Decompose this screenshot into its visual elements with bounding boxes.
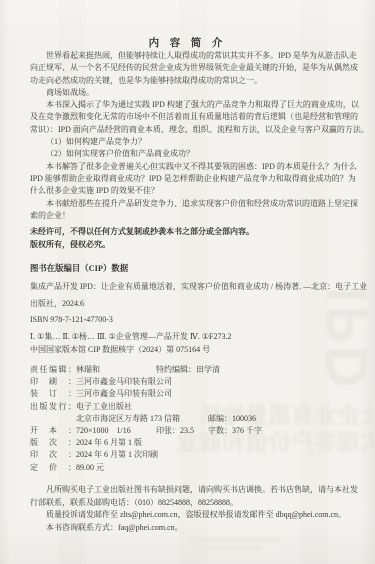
colophon-row: 装订：三河市鑫金马印装有限公司 (30, 388, 352, 400)
colophon-label: 开本： (30, 425, 76, 437)
colophon-label: 印刷： (30, 376, 76, 388)
book-copyright-page: IPD 让企业有质量地活 实现客户价值和商业 内 容 简 介 世界看起来挺热闹，… (0, 0, 375, 564)
colophon-row: 开本：720×1000 1/16印张：23.5字数：376 千字 (30, 425, 352, 437)
colophon-row: 责任编辑：林瑞和特约编辑：田学清 (30, 364, 352, 376)
colophon-row: 出版发行：电子工业出版社 (30, 401, 352, 413)
colophon-value: 三河市鑫金马印装有限公司 (76, 389, 172, 398)
colophon-row: 版次：2024 年 6 月第 1 版 (30, 437, 352, 449)
colophon-row: 北京市海淀区万寿路 173 信箱邮编：100036 (30, 413, 352, 425)
content-summary-line: 功走向必然成功的关键，也是华为能够持续取得成功的常识之一。 (30, 75, 350, 87)
colophon-extra: 邮编：100036 (208, 413, 256, 425)
cip-line: 中国国家版本馆 CIP 数据核字（2024）第 075164 号 (30, 343, 352, 356)
colophon-label: 定价： (30, 462, 76, 474)
contact-footer-line: 质量投诉请发邮件至 zlts@phei.com.cn，盗版侵权举报请发邮件至 d… (30, 509, 352, 522)
colophon-label: 责任编辑： (30, 364, 76, 376)
colophon-row: 印次：2024 年 6 月第 1 次印刷 (30, 449, 352, 461)
colophon-label: 印次： (30, 449, 76, 461)
content-summary-line: （2）如何实现客户价值和产品商业成功？ (30, 148, 350, 160)
content-summary-line: 什么很多企业实施 IPD 的效果不佳？ (30, 185, 350, 197)
content-summary-line: （1）如何构建产品竞争力？ (30, 136, 350, 148)
bleedthrough-smudge (188, 538, 280, 543)
content-summary-line: 本书献给那些在提升产品研发竞争力、追求实现客户价值和经营成功常识的道路上坚定探 (30, 198, 350, 210)
content-summary-paragraphs: 世界看起来挺热闹，但能够持续让人取得成功的常识其实并不多。IPD 是华为从游击队… (30, 50, 350, 222)
colophon-value: 720×1000 1/16 (76, 426, 131, 435)
cip-line: Ⅰ. ①集… Ⅱ. ①杨… Ⅲ. ①企业管理—产品开发 Ⅳ. ①F273.2 (30, 330, 352, 343)
content-summary-line: IPD 能够帮助企业取得商业成功？IPD 是怎样帮助企业构建产品竞争力和取得商业… (30, 173, 350, 185)
contact-footer: 凡所购买电子工业出版社图书有缺损问题，请向购买书店调换。若书店售缺，请与本社发行… (30, 484, 352, 534)
colophon-extra: 字数：376 千字 (208, 425, 262, 437)
content-summary-line: 世界看起来挺热闹，但能够持续让人取得成功的常识其实并不多。IPD 是华为从游击队… (30, 50, 350, 62)
colophon: 责任编辑：林瑞和特约编辑：田学清 印刷：三河市鑫金马印装有限公司 装订：三河市鑫… (30, 364, 352, 474)
colophon-value: 电子工业出版社 (76, 402, 132, 411)
content-summary-line: 向正规军、从一个名不见经传的民营企业成为世界级领先企业最关键的开始，是华为从偶然… (30, 62, 350, 74)
colophon-value: 2024 年 6 月第 1 次印刷 (76, 450, 158, 459)
cip-line: 集成产品开发 IPD：让企业有质量地活着，实现客户价值和商业成功 / 杨涛著. … (30, 280, 352, 293)
content-summary-line: 本书深入揭示了华为通过实践 IPD 构建了强大的产品竞争力和取得了巨大的商业成功… (30, 99, 350, 111)
copyright-notice-line: 未经许可，不得以任何方式复制或抄袭本书之部分或全部内容。 (30, 226, 350, 239)
colophon-extra: 印张：23.5 (156, 425, 194, 437)
content-summary-line: 本书解答了很多企业普遍关心但实践中又不得其要领的困惑：IPD 的本质是什么？为什… (30, 161, 350, 173)
colophon-label: 出版发行： (30, 401, 76, 413)
colophon-label: 版次： (30, 437, 76, 449)
cip-data-block: 集成产品开发 IPD：让企业有质量地活着，实现客户价值和商业成功 / 杨涛著. … (30, 280, 352, 356)
colophon-extra: 特约编辑：田学清 (156, 364, 220, 376)
cip-heading: 图书在版编目（CIP）数据 (30, 262, 350, 274)
content-summary-line: 商场如战场。 (30, 87, 350, 99)
content-summary-line: 及在竞争激烈和变化无常的市场中不但活着而且有质量地活着的背后逻辑（也是经营和管理… (30, 111, 350, 123)
colophon-row: 定价：89.00 元 (30, 462, 352, 474)
cip-line: ISBN 978-7-121-47700-3 (30, 313, 352, 326)
content-summary-title: 内 容 简 介 (0, 35, 375, 50)
colophon-row: 印刷：三河市鑫金马印装有限公司 (30, 376, 352, 388)
content-summary-line: 常识）：IPD 面向产品经营的商业本质、理念、组织、流程和方法，以及企业与客户双… (30, 124, 350, 136)
colophon-value: 三河市鑫金马印装有限公司 (76, 377, 172, 386)
contact-footer-line: 本书咨询联系方式：faq@phei.com.cn。 (30, 522, 352, 535)
contact-footer-line: 行部联系，联系及邮购电话：（010）88254888，88258888。 (30, 497, 352, 510)
copyright-notice: 未经许可，不得以任何方式复制或抄袭本书之部分或全部内容。版权所有，侵权必究。 (30, 226, 350, 251)
content-summary-line: 索的企业！ (30, 210, 350, 222)
copyright-notice-line: 版权所有，侵权必究。 (30, 239, 350, 252)
colophon-label: 装订： (30, 388, 76, 400)
cip-line: 出版社，2024.6 (30, 297, 352, 310)
colophon-value: 2024 年 6 月第 1 版 (76, 438, 142, 447)
colophon-value: 北京市海淀区万寿路 173 信箱 (76, 414, 180, 423)
colophon-value: 89.00 元 (76, 463, 104, 472)
colophon-value: 林瑞和 (76, 365, 100, 374)
bleedthrough-smudge (192, 546, 262, 550)
contact-footer-line: 凡所购买电子工业出版社图书有缺损问题，请向购买书店调换。若书店售缺，请与本社发 (30, 484, 352, 497)
